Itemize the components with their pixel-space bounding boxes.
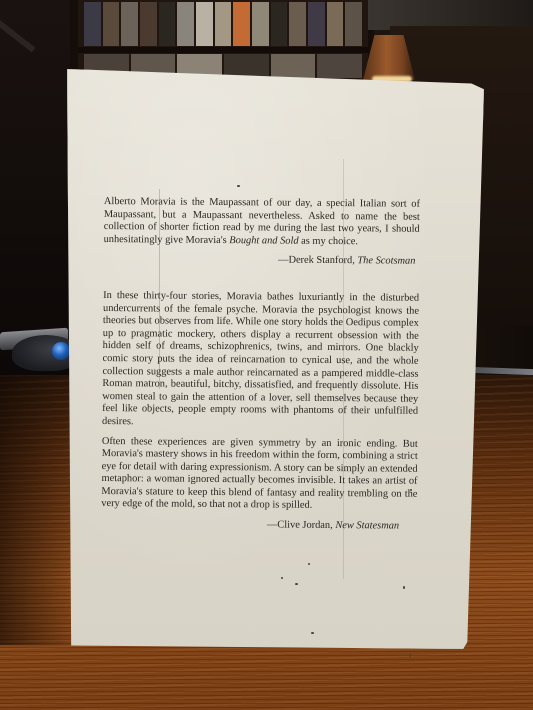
- table-shadow: [0, 375, 80, 645]
- review-derek-stanford: Alberto Moravia is the Maupassant of our…: [103, 196, 420, 269]
- review-paragraph-1: In these thirty-four stories, Moravia ba…: [102, 290, 419, 431]
- doorway-shadow: [0, 0, 70, 380]
- review-clive-jordan: In these thirty-four stories, Moravia ba…: [101, 290, 419, 533]
- shelf-board: [78, 47, 368, 53]
- review-attribution: —Derek Stanford, The Scotsman: [103, 253, 419, 268]
- photo-scene: Alberto Moravia is the Maupassant of our…: [0, 0, 533, 710]
- publication-name: New Statesman: [335, 520, 399, 532]
- publication-name: The Scotsman: [357, 256, 415, 268]
- review-paragraph-2: Often these experiences are given symmet…: [101, 435, 418, 513]
- bookshelf: [78, 0, 374, 80]
- review-quote: Alberto Moravia is the Maupassant of our…: [104, 196, 420, 249]
- trackball: [52, 342, 70, 360]
- bookshelf-upper-row: [84, 2, 362, 46]
- cover-text: Alberto Moravia is the Maupassant of our…: [101, 196, 420, 533]
- book-title: Bought and Sold: [229, 235, 298, 247]
